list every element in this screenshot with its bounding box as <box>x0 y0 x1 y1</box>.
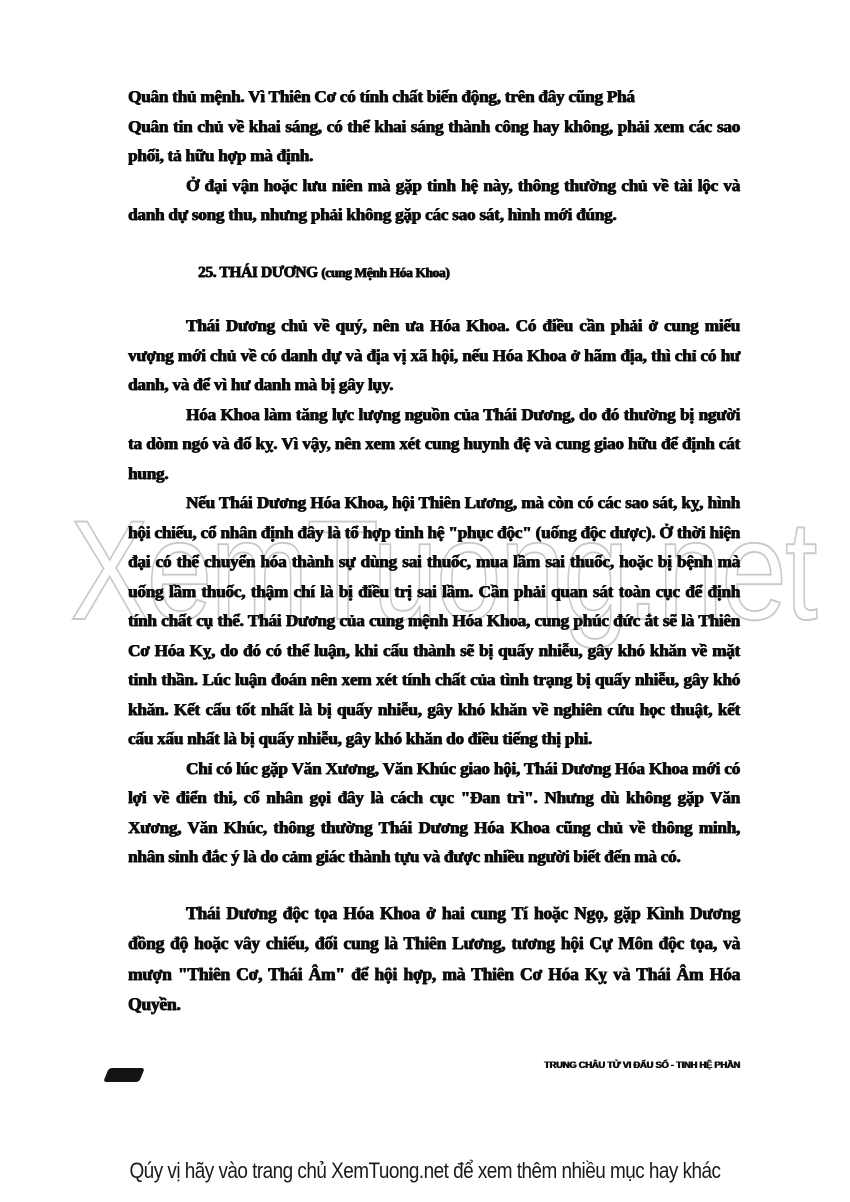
book-page-body: Quân thủ mệnh. Vì Thiên Cơ có tính chất … <box>128 82 740 1020</box>
body-paragraph: Chỉ có lúc gặp Văn Xương, Văn Khúc giao … <box>128 754 740 872</box>
section-heading: 25. THÁI DƯƠNG (cung Mệnh Hóa Khoa) <box>128 258 740 288</box>
page-number-marker <box>103 1068 145 1082</box>
section-number: 25. <box>198 264 216 281</box>
running-footer: TRUNG CHÂU TỬ VI ĐẨU SỐ - TINH HỆ PHẦN <box>544 1060 740 1071</box>
section-subtitle: (cung Mệnh Hóa Khoa) <box>321 265 449 280</box>
body-paragraph: Hóa Khoa làm tăng lực lượng nguồn của Th… <box>128 400 740 489</box>
closing-paragraph: Thái Dương độc tọa Hóa Khoa ở hai cung T… <box>128 898 740 1020</box>
intro-paragraph: Ở đại vận hoặc lưu niên mà gặp tinh hệ n… <box>128 171 740 230</box>
body-paragraph: Nếu Thái Dương Hóa Khoa, hội Thiên Lương… <box>128 488 740 754</box>
body-paragraph: Thái Dương chủ về quý, nên ưa Hóa Khoa. … <box>128 311 740 400</box>
page-footer: TRUNG CHÂU TỬ VI ĐẨU SỐ - TINH HỆ PHẦN <box>100 1060 740 1088</box>
section-title: THÁI DƯƠNG <box>219 264 317 281</box>
intro-paragraph-line: Quân thủ mệnh. Vì Thiên Cơ có tính chất … <box>128 82 740 112</box>
site-caption: Qúy vị hãy vào trang chủ XemTuong.net để… <box>60 1158 791 1184</box>
intro-paragraph: Quân tin chủ về khai sáng, có thể khai s… <box>128 112 740 171</box>
